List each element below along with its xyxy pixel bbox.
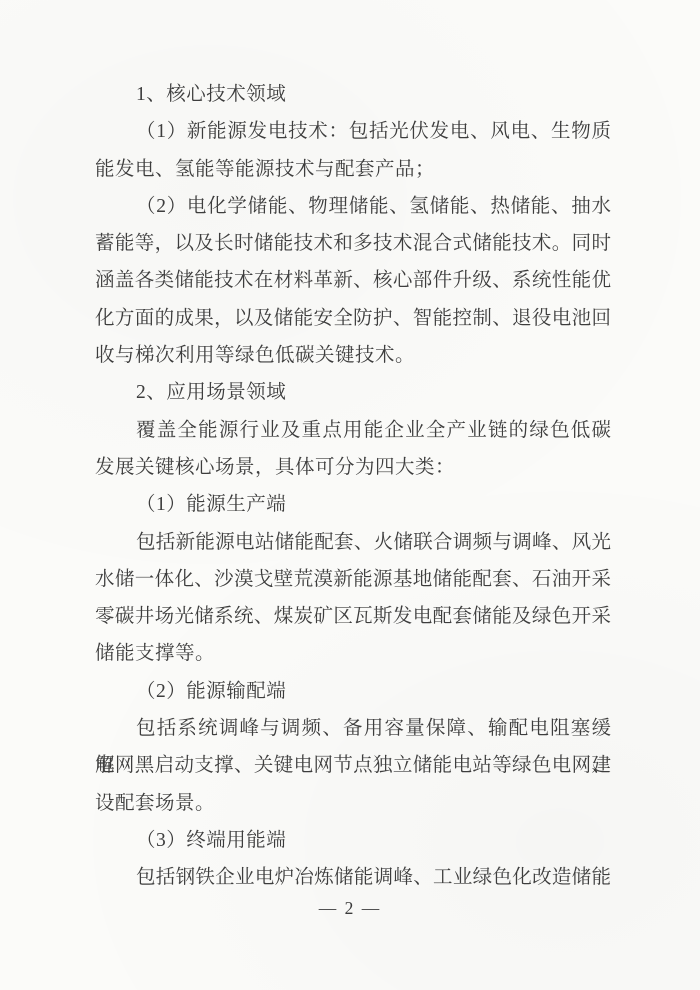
text-line: 覆盖全能源行业及重点用能企业全产业链的绿色低碳 — [95, 412, 611, 449]
heading-core-technology-areas: 1、核心技术领域 — [95, 76, 611, 113]
text-line: 收与梯次利用等绿色低碳关键技术。 — [95, 337, 611, 374]
para-energy-production-detail: 包括新能源电站储能配套、火储联合调频与调峰、风光 水储一体化、沙漠戈壁荒漠新能源… — [95, 524, 611, 673]
text-line: 电网黑启动支撑、关键电网节点独立储能电站等绿色电网建 — [95, 747, 611, 784]
text-line: 储能支撑等。 — [95, 635, 611, 672]
text-line: 发展关键核心场景，具体可分为四大类： — [95, 449, 611, 486]
heading-terminal-energy-use-side: （3）终端用能端 — [95, 822, 611, 859]
text-line: 涵盖各类储能技术在材料革新、核心部件升级、系统性能优 — [95, 262, 611, 299]
document-body: 1、核心技术领域 （1）新能源发电技术：包括光伏发电、风电、生物质 能发电、氢能… — [95, 76, 611, 897]
text-line: （1）能源生产端 — [95, 486, 611, 523]
text-line: 蓄能等，以及长时储能技术和多技术混合式储能技术。同时 — [95, 225, 611, 262]
text-line: 1、核心技术领域 — [95, 76, 611, 113]
text-line: 设配套场景。 — [95, 785, 611, 822]
para-energy-transmission-detail: 包括系统调峰与调频、备用容量保障、输配电阻塞缓解、 电网黑启动支撑、关键电网节点… — [95, 710, 611, 822]
text-line: 包括钢铁企业电炉冶炼储能调峰、工业绿色化改造储能 — [95, 859, 611, 896]
text-line: 水储一体化、沙漠戈壁荒漠新能源基地储能配套、石油开采 — [95, 561, 611, 598]
text-line: 2、应用场景领域 — [95, 374, 611, 411]
text-line: 化方面的成果，以及储能安全防护、智能控制、退役电池回 — [95, 300, 611, 337]
para-coverage-overview: 覆盖全能源行业及重点用能企业全产业链的绿色低碳 发展关键核心场景，具体可分为四大… — [95, 412, 611, 487]
text-line: 包括新能源电站储能配套、火储联合调频与调峰、风光 — [95, 524, 611, 561]
para-terminal-energy-use-detail: 包括钢铁企业电炉冶炼储能调峰、工业绿色化改造储能 — [95, 859, 611, 896]
page-number: — 2 — — [0, 898, 700, 919]
heading-energy-transmission-side: （2）能源输配端 — [95, 673, 611, 710]
document-page: 1、核心技术领域 （1）新能源发电技术：包括光伏发电、风电、生物质 能发电、氢能… — [0, 0, 700, 990]
item-1-new-energy-generation: （1）新能源发电技术：包括光伏发电、风电、生物质 能发电、氢能等能源技术与配套产… — [95, 113, 611, 188]
text-line: （3）终端用能端 — [95, 822, 611, 859]
text-line: 包括系统调峰与调频、备用容量保障、输配电阻塞缓解、 — [95, 710, 611, 747]
heading-energy-production-side: （1）能源生产端 — [95, 486, 611, 523]
item-2-energy-storage-tech: （2）电化学储能、物理储能、氢储能、热储能、抽水 蓄能等，以及长时储能技术和多技… — [95, 188, 611, 374]
heading-application-scenario-areas: 2、应用场景领域 — [95, 374, 611, 411]
text-line: 零碳井场光储系统、煤炭矿区瓦斯发电配套储能及绿色开采 — [95, 598, 611, 635]
text-line: （2）能源输配端 — [95, 673, 611, 710]
text-line: 能发电、氢能等能源技术与配套产品； — [95, 151, 611, 188]
text-line: （2）电化学储能、物理储能、氢储能、热储能、抽水 — [95, 188, 611, 225]
text-line: （1）新能源发电技术：包括光伏发电、风电、生物质 — [95, 113, 611, 150]
